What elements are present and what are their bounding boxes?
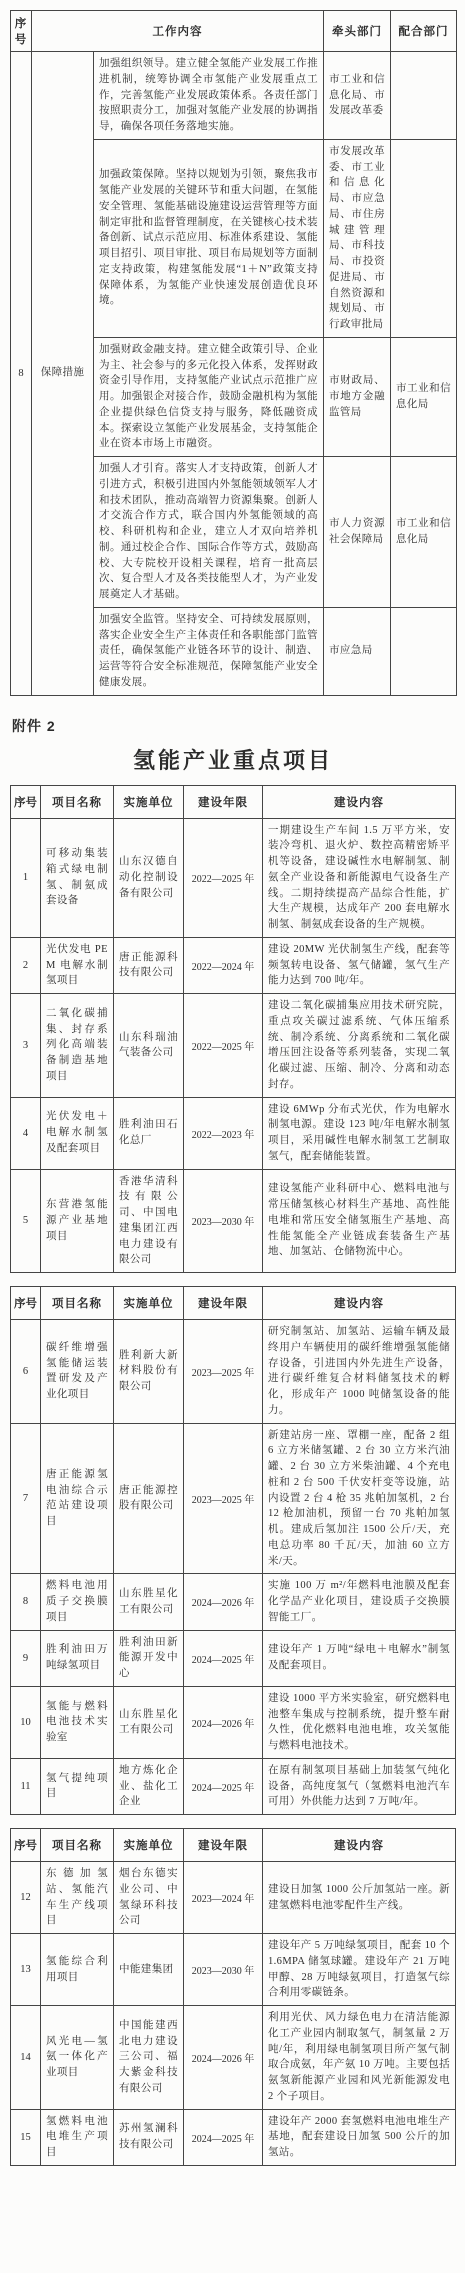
project-name-cell: 碳纤维增强氢能储运装置研发及产业化项目: [41, 1320, 114, 1424]
project-years-cell: 2024—2026 年: [184, 1686, 263, 1758]
work-content-cell: 加强安全监管。坚持安全、可持续发展原则，落实企业安全生产主体责任和各职能部门监管…: [94, 607, 324, 695]
project-unit-cell: 唐正能源科技有限公司: [114, 937, 184, 993]
project-name-cell: 东营港氢能源产业基地项目: [41, 1169, 114, 1273]
project-name-cell: 氢燃料电池电堆生产项目: [41, 2109, 114, 2165]
projects-header-seq: 序号: [11, 785, 41, 818]
project-years-cell: 2022—2023 年: [184, 1097, 263, 1169]
work-support-cell: [391, 139, 457, 337]
project-unit-cell: 胜利油田新能源开发中心: [114, 1630, 184, 1686]
project-name-cell: 风光电—氢氨一体化产业项目: [41, 2006, 114, 2110]
project-row: 9 胜利油田万吨绿氢项目 胜利油田新能源开发中心 2024—2025 年 建设年…: [11, 1630, 456, 1686]
projects-header-years: 建设年限: [184, 785, 263, 818]
work-support-cell: 市工业和信息化局: [391, 457, 457, 608]
project-unit-cell: 中能建集团: [114, 1934, 184, 2006]
project-name-cell: 二氧化碳捕集、封存系列化高端装备制造基地项目: [41, 994, 114, 1098]
project-content-cell: 一期建设生产车间 1.5 万平方米，安装冷弯机、退火炉、数控高精密矫平机等设备，…: [263, 818, 456, 937]
project-content-cell: 建设 20MW 光伏制氢生产线，配套等频氢转电设备、氢气储罐，氢气生产能力达到 …: [263, 937, 456, 993]
project-seq-cell: 11: [11, 1758, 41, 1814]
project-years-cell: 2024—2025 年: [184, 1630, 263, 1686]
work-content-cell: 加强政策保障。坚持以规划为引领，聚焦我市氢能产业发展的关键环节和重大问题，在氢能…: [94, 139, 324, 337]
project-content-cell: 建设年产 1 万吨“绿电＋电解水”制氢及配套项目。: [263, 1630, 456, 1686]
project-row: 2 光伏发电 PEM 电解水制氢项目 唐正能源科技有限公司 2022—2024 …: [11, 937, 456, 993]
project-years-cell: 2023—2025 年: [184, 1423, 263, 1574]
projects-table-section-2: 序号 项目名称 实施单位 建设年限 建设内容 6 碳纤维增强氢能储运装置研发及产…: [10, 1286, 456, 1815]
project-content-cell: 利用光伏、风力绿色电力在清洁能源化工产业园内制取氢气，制氢量 2 万吨/年，利用…: [263, 2006, 456, 2110]
projects-header-row: 序号 项目名称 实施单位 建设年限 建设内容: [11, 1829, 456, 1862]
project-row: 3 二氧化碳捕集、封存系列化高端装备制造基地项目 山东科瑞油气装备公司 2022…: [11, 994, 456, 1098]
project-row: 7 唐正能源氢电油综合示范站建设项目 唐正能源控股有限公司 2023—2025 …: [11, 1423, 456, 1574]
project-row: 12 东德加氢站、氢能汽车生产线项目 烟台东德实业公司、中氢绿环科技公司 202…: [11, 1862, 456, 1934]
document-page: 序号 工作内容 牵头部门 配合部门 8 保障措施 加强组织领导。建立健全氢能产业…: [0, 0, 465, 2273]
project-seq-cell: 12: [11, 1862, 41, 1934]
projects-header-name: 项目名称: [41, 1829, 114, 1862]
project-seq-cell: 2: [11, 937, 41, 993]
projects-header-unit: 实施单位: [114, 1287, 184, 1320]
project-name-cell: 光伏发电＋电解水制氢及配套项目: [41, 1097, 114, 1169]
project-name-cell: 可移动集装箱式绿电制氢、制氨成套设备: [41, 818, 114, 937]
project-row: 8 燃料电池用质子交换膜项目 山东胜星化工有限公司 2024—2026 年 实施…: [11, 1574, 456, 1630]
work-lead-cell: 市人力资源社会保障局: [324, 457, 391, 608]
projects-header-unit: 实施单位: [114, 785, 184, 818]
project-years-cell: 2023—2025 年: [184, 1320, 263, 1424]
project-row: 1 可移动集装箱式绿电制氢、制氨成套设备 山东汉德自动化控制设备有限公司 202…: [11, 818, 456, 937]
work-content-cell: 加强组织领导。建立健全氢能产业发展工作推进机制，统筹协调全市氢能产业发展重点工作…: [94, 52, 324, 140]
project-content-cell: 在原有制氢项目基础上加装氢气纯化设备，高纯度氢气（氢燃料电池汽车可用）外供能力达…: [263, 1758, 456, 1814]
project-seq-cell: 7: [11, 1423, 41, 1574]
projects-header-content: 建设内容: [263, 1829, 456, 1862]
work-lead-cell: 市工业和信息化局、市发展改革委: [324, 52, 391, 140]
project-years-cell: 2022—2025 年: [184, 818, 263, 937]
projects-header-seq: 序号: [11, 1287, 41, 1320]
work-header-support: 配合部门: [391, 11, 457, 52]
projects-header-years: 建设年限: [184, 1287, 263, 1320]
work-header-content: 工作内容: [32, 11, 324, 52]
work-category-cell: 保障措施: [32, 52, 94, 696]
project-seq-cell: 9: [11, 1630, 41, 1686]
work-support-cell: [391, 607, 457, 695]
project-name-cell: 氢气提纯项目: [41, 1758, 114, 1814]
work-table: 序号 工作内容 牵头部门 配合部门 8 保障措施 加强组织领导。建立健全氢能产业…: [10, 10, 457, 696]
project-years-cell: 2023—2024 年: [184, 1862, 263, 1934]
work-seq-cell: 8: [11, 52, 32, 696]
project-years-cell: 2024—2025 年: [184, 1758, 263, 1814]
project-years-cell: 2022—2024 年: [184, 937, 263, 993]
project-name-cell: 氢能综合利用项目: [41, 1934, 114, 2006]
project-content-cell: 建设日加氢 1000 公斤加氢站一座。新建氢燃料电池零配件生产线。: [263, 1862, 456, 1934]
work-lead-cell: 市财政局、市地方金融监管局: [324, 337, 391, 456]
project-seq-cell: 3: [11, 994, 41, 1098]
projects-header-years: 建设年限: [184, 1829, 263, 1862]
projects-header-content: 建设内容: [263, 1287, 456, 1320]
project-years-cell: 2023—2030 年: [184, 1169, 263, 1273]
project-seq-cell: 13: [11, 1934, 41, 2006]
project-row: 15 氢燃料电池电堆生产项目 苏州氢澜科技有限公司 2024—2025 年 建设…: [11, 2109, 456, 2165]
project-unit-cell: 山东胜星化工有限公司: [114, 1686, 184, 1758]
project-content-cell: 新建站房一座、罩棚一座，配备 2 组 6 立方米储氢罐、2 台 30 立方米汽油…: [263, 1423, 456, 1574]
project-seq-cell: 5: [11, 1169, 41, 1273]
project-row: 14 风光电—氢氨一体化产业项目 中国能建西北电力建设三公司、福大紫金科技有限公…: [11, 2006, 456, 2110]
attachment-label: 附件 2: [12, 716, 454, 736]
project-row: 5 东营港氢能源产业基地项目 香港华清科技有限公司、中国电建集团江西电力建设有限…: [11, 1169, 456, 1273]
projects-header-seq: 序号: [11, 1829, 41, 1862]
work-row: 8 保障措施 加强组织领导。建立健全氢能产业发展工作推进机制，统筹协调全市氢能产…: [11, 52, 457, 140]
project-name-cell: 燃料电池用质子交换膜项目: [41, 1574, 114, 1630]
project-content-cell: 建设二氧化碳捕集应用技术研究院，重点攻关碳过滤系统、气体压缩系统、制冷系统、分离…: [263, 994, 456, 1098]
project-row: 13 氢能综合利用项目 中能建集团 2023—2030 年 建设年产 5 万吨绿…: [11, 1934, 456, 2006]
project-content-cell: 实施 100 万 m²/年燃料电池膜及配套化学品产业化项目，建设质子交换膜智能工…: [263, 1574, 456, 1630]
project-unit-cell: 胜利新大新材料股份有限公司: [114, 1320, 184, 1424]
work-lead-cell: 市应急局: [324, 607, 391, 695]
projects-header-unit: 实施单位: [114, 1829, 184, 1862]
project-years-cell: 2024—2026 年: [184, 1574, 263, 1630]
project-content-cell: 建设年产 5 万吨绿氢项目，配套 10 个 1.6MPA 储氢球罐。建设年产 2…: [263, 1934, 456, 2006]
project-content-cell: 建设年产 2000 套氢燃料电池电堆生产基地，配套建设日加氢 500 公斤的加氢…: [263, 2109, 456, 2165]
work-content-cell: 加强人才引育。落实人才支持政策，创新人才引进方式，积极引进国内外氢能领域领军人才…: [94, 457, 324, 608]
project-name-cell: 氢能与燃料电池技术实验室: [41, 1686, 114, 1758]
project-seq-cell: 6: [11, 1320, 41, 1424]
project-content-cell: 建设 6MWp 分布式光伏，作为电解水制氢电源。建设 123 吨/年电解水制氢项…: [263, 1097, 456, 1169]
project-name-cell: 光伏发电 PEM 电解水制氢项目: [41, 937, 114, 993]
project-name-cell: 唐正能源氢电油综合示范站建设项目: [41, 1423, 114, 1574]
project-unit-cell: 山东胜星化工有限公司: [114, 1574, 184, 1630]
project-unit-cell: 香港华清科技有限公司、中国电建集团江西电力建设有限公司: [114, 1169, 184, 1273]
project-years-cell: 2023—2030 年: [184, 1934, 263, 2006]
project-seq-cell: 10: [11, 1686, 41, 1758]
project-row: 6 碳纤维增强氢能储运装置研发及产业化项目 胜利新大新材料股份有限公司 2023…: [11, 1320, 456, 1424]
projects-header-content: 建设内容: [263, 785, 456, 818]
projects-header-name: 项目名称: [41, 1287, 114, 1320]
work-content-cell: 加强财政金融支持。建立健全政策引导、企业为主、社会参与的多元化投入体系，发挥财政…: [94, 337, 324, 456]
project-unit-cell: 苏州氢澜科技有限公司: [114, 2109, 184, 2165]
projects-header-name: 项目名称: [41, 785, 114, 818]
project-seq-cell: 4: [11, 1097, 41, 1169]
work-header-lead: 牵头部门: [324, 11, 391, 52]
projects-header-row: 序号 项目名称 实施单位 建设年限 建设内容: [11, 1287, 456, 1320]
project-row: 4 光伏发电＋电解水制氢及配套项目 胜利油田石化总厂 2022—2023 年 建…: [11, 1097, 456, 1169]
projects-header-row: 序号 项目名称 实施单位 建设年限 建设内容: [11, 785, 456, 818]
project-unit-cell: 山东科瑞油气装备公司: [114, 994, 184, 1098]
work-support-cell: 市工业和信息化局: [391, 337, 457, 456]
projects-table-section-3: 序号 项目名称 实施单位 建设年限 建设内容 12 东德加氢站、氢能汽车生产线项…: [10, 1828, 456, 2166]
project-name-cell: 东德加氢站、氢能汽车生产线项目: [41, 1862, 114, 1934]
project-seq-cell: 15: [11, 2109, 41, 2165]
project-unit-cell: 烟台东德实业公司、中氢绿环科技公司: [114, 1862, 184, 1934]
page-title: 氢能产业重点项目: [10, 744, 456, 775]
projects-table-section-1: 序号 项目名称 实施单位 建设年限 建设内容 1 可移动集装箱式绿电制氢、制氨成…: [10, 785, 456, 1274]
project-years-cell: 2022—2025 年: [184, 994, 263, 1098]
project-row: 10 氢能与燃料电池技术实验室 山东胜星化工有限公司 2024—2026 年 建…: [11, 1686, 456, 1758]
work-header-seq: 序号: [11, 11, 32, 52]
project-content-cell: 建设 1000 平方米实验室，研究燃料电池整车集成与控制系统，提升整车耐久性，优…: [263, 1686, 456, 1758]
project-years-cell: 2024—2025 年: [184, 2109, 263, 2165]
project-seq-cell: 14: [11, 2006, 41, 2110]
project-content-cell: 建设氢能产业科研中心、燃料电池与常压储氢核心材料生产基地、高性能电堆和常压安全储…: [263, 1169, 456, 1273]
project-row: 11 氢气提纯项目 地方炼化企业、盐化工企业 2024—2025 年 在原有制氢…: [11, 1758, 456, 1814]
project-unit-cell: 地方炼化企业、盐化工企业: [114, 1758, 184, 1814]
project-unit-cell: 中国能建西北电力建设三公司、福大紫金科技有限公司: [114, 2006, 184, 2110]
project-seq-cell: 8: [11, 1574, 41, 1630]
work-lead-cell: 市发展改革委、市工业和信息化局、市应急局、市住房城建管理局、市科技局、市投资促进…: [324, 139, 391, 337]
project-seq-cell: 1: [11, 818, 41, 937]
project-unit-cell: 胜利油田石化总厂: [114, 1097, 184, 1169]
work-table-header-row: 序号 工作内容 牵头部门 配合部门: [11, 11, 457, 52]
project-years-cell: 2024—2026 年: [184, 2006, 263, 2110]
project-unit-cell: 山东汉德自动化控制设备有限公司: [114, 818, 184, 937]
work-support-cell: [391, 52, 457, 140]
project-name-cell: 胜利油田万吨绿氢项目: [41, 1630, 114, 1686]
project-unit-cell: 唐正能源控股有限公司: [114, 1423, 184, 1574]
project-content-cell: 研究制氢站、加氢站、运输车辆及最终用户车辆使用的碳纤维增强氢能储存设备，引进国内…: [263, 1320, 456, 1424]
